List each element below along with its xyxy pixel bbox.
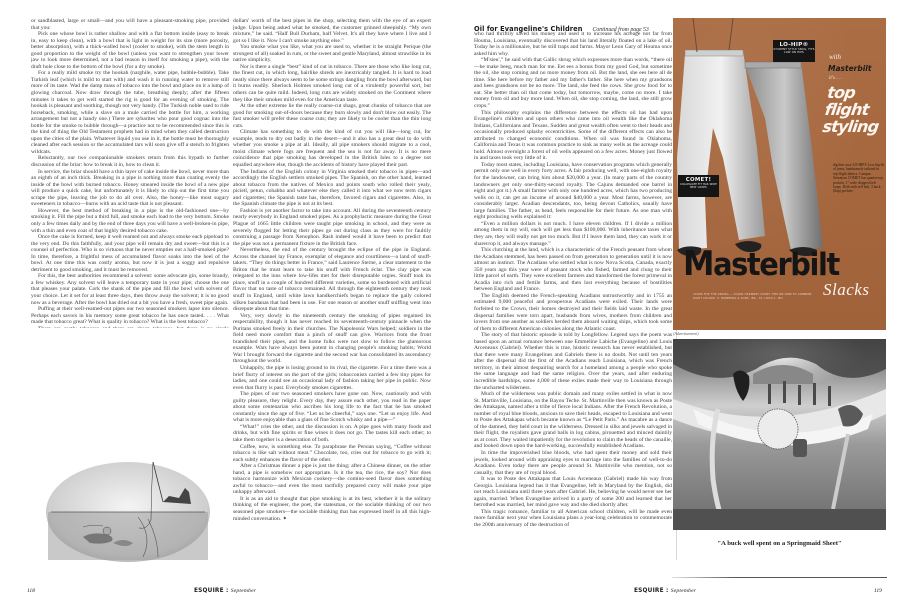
right-page-number: 119 xyxy=(874,588,882,594)
footer-rule xyxy=(672,577,887,578)
paragraph: Nevertheless, the end of the century bro… xyxy=(233,247,431,312)
paragraph: Unhappily, the pipe is losing ground to … xyxy=(233,365,431,391)
paragraph: However, the best method of breaking in … xyxy=(31,208,229,234)
ad-brand-script: Slacks xyxy=(823,280,869,300)
paragraph: At the other extreme lie the really coar… xyxy=(233,103,431,129)
paragraph: dollars' worth of the best pipes in the … xyxy=(233,18,431,44)
ad-its-text: it's . . . xyxy=(829,76,842,81)
paragraph: or sandblasted, large or small—and you w… xyxy=(31,18,229,31)
springmaid-hammock-illustration xyxy=(673,339,886,530)
left-page-column-1: or sandblasted, large or small—and you w… xyxy=(31,18,229,328)
paragraph: “Even a million dollars is not much. I h… xyxy=(474,221,672,247)
paragraph: There are costly tobaccos and there are … xyxy=(31,326,229,328)
left-footer-masthead: ESQUIRE : September xyxy=(194,588,256,594)
illustration-caption: "A buck well spent on a Springmaid Sheet… xyxy=(672,540,887,547)
left-page-column-2: dollars' worth of the best pipes in the … xyxy=(233,18,431,548)
article-headline: Oil for Evangeline's Children Continued … xyxy=(474,18,674,28)
paragraph: After a Christmas dinner a pipe is just … xyxy=(233,463,431,496)
paragraph: Puffing at their well-reamed-out pipes o… xyxy=(31,306,229,326)
paragraph: It was to Poste des Attakapas that Louis… xyxy=(474,476,672,509)
magazine-name: ESQUIRE xyxy=(634,588,664,594)
paragraph: Climate has something to do with the kin… xyxy=(233,129,431,168)
paragraph: You smoke what you like, what you are us… xyxy=(233,44,431,64)
paragraph: Reluctantly, our two companionable smoke… xyxy=(31,155,229,168)
ad-tagline: top flight styling xyxy=(821,84,886,135)
ad-with-text: with xyxy=(829,53,841,61)
ad-fine-print: YOURS FOR THE ASKING — COLOR HARMONY CHA… xyxy=(693,293,818,301)
paragraph: Fashion is yet another factor to take in… xyxy=(233,208,431,247)
paragraph: “What!” cries the other, and the discuss… xyxy=(233,424,431,444)
paragraph: The English deemed the French-speaking A… xyxy=(474,293,672,332)
paragraph: This philosophy explains the difference … xyxy=(474,110,672,162)
lo-hip-badge: LO-HIP® STUDENT STYLE SNUG, FITS LOW ON … xyxy=(773,40,815,62)
ad-brand-small: Masterbilt xyxy=(828,64,871,73)
advertisement-label: (Advertisement) xyxy=(673,331,699,336)
right-page-column: who had thriftily saved his money and us… xyxy=(474,31,672,548)
issue-month: September xyxy=(231,588,256,594)
issue-month: September xyxy=(671,588,696,594)
paragraph: who had thriftily saved his money and us… xyxy=(474,31,672,57)
paragraph: Today most states, including Louisiana, … xyxy=(474,162,672,221)
comet-badge-name: COMET! xyxy=(678,175,719,183)
ad-body-copy: dig that cozy LO-HIP® Low hip-fit of jea… xyxy=(833,163,885,194)
magazine-spread: or sandblasted, large or small—and you w… xyxy=(0,0,897,600)
paragraph: Pick one whose bowl is rather shallow an… xyxy=(31,31,229,70)
paragraph: Coffee, now, is something else. To parap… xyxy=(233,444,431,464)
ad-brand-logo: Masterbilt xyxy=(683,244,839,284)
lo-hip-badge-name: LO-HIP® xyxy=(773,40,815,48)
comet-badge-sub: COLLEGIATE FIT HAS WIDE BELT LOOPS xyxy=(678,183,719,189)
fishing-cartoon-illustration xyxy=(43,457,213,562)
paragraph: The story of that historic episode is to… xyxy=(474,332,672,391)
footer-separator: : xyxy=(664,588,671,594)
paragraph: This clutching at the land, which is a c… xyxy=(474,247,672,293)
paragraph: The Indians of the English colony in Vir… xyxy=(233,169,431,208)
lo-hip-badge-sub: STUDENT STYLE SNUG, FITS LOW ON HIPS xyxy=(773,48,815,54)
brand-rest: asterbilt xyxy=(713,247,839,283)
footer-separator: : xyxy=(224,588,231,594)
paragraph: Very, very slowly in the nineteenth cent… xyxy=(233,313,431,365)
paragraph: In service, the briar should have a thin… xyxy=(31,169,229,208)
paragraph: For this, the best authorities recommend… xyxy=(31,273,229,306)
paragraph: For a really mild smoke try the hookah (… xyxy=(31,70,229,155)
paragraph: Much of the wilderness was public domain… xyxy=(474,391,672,450)
comet-badge: COMET! COLLEGIATE FIT HAS WIDE BELT LOOP… xyxy=(678,175,719,197)
masterbilt-slacks-advertisement: LO-HIP® STUDENT STYLE SNUG, FITS LOW ON … xyxy=(673,18,886,330)
brand-initial: M xyxy=(683,244,713,284)
paragraph: The pipes of our two seasoned smokers ha… xyxy=(233,391,431,424)
paragraph: This tragic romance, familiar to all Ame… xyxy=(474,509,672,529)
paragraph: Nor is there a single “best” kind of cut… xyxy=(233,64,431,103)
left-page-number: 118 xyxy=(27,588,35,594)
paragraph: “M'sieu',” he said with that Gallic shru… xyxy=(474,57,672,109)
magazine-name: ESQUIRE xyxy=(194,588,224,594)
paragraph: In time the impoverished blue bloods, wh… xyxy=(474,450,672,476)
paragraph: Once the cake is formed, keep it well re… xyxy=(31,234,229,273)
right-footer-masthead: ESQUIRE : September xyxy=(634,588,696,594)
paragraph: It is as an aid to thought that pipe smo… xyxy=(233,496,431,522)
